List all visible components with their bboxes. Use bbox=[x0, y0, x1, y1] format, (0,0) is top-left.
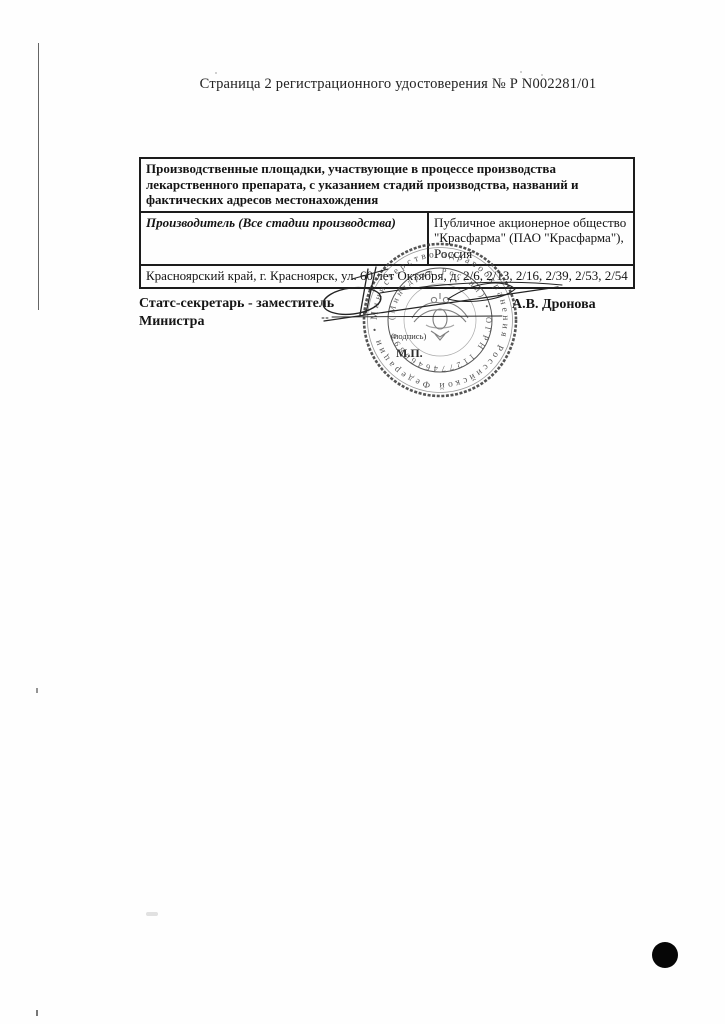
scan-speck bbox=[215, 72, 217, 74]
scan-speck bbox=[520, 71, 522, 73]
page-title: Страница 2 регистрационного удостоверени… bbox=[139, 76, 635, 93]
scan-smudge bbox=[146, 912, 158, 916]
table-header-cell: Производственные площадки, участвующие в… bbox=[140, 158, 634, 212]
scan-artifact-mark bbox=[36, 688, 38, 693]
scanned-document-page: Страница 2 регистрационного удостоверени… bbox=[0, 0, 725, 1024]
scan-artifact-vertical-line bbox=[38, 43, 39, 310]
table-row: Производственные площадки, участвующие в… bbox=[140, 158, 634, 212]
punch-hole-mark bbox=[652, 942, 678, 968]
scan-artifact-mark bbox=[36, 1010, 38, 1016]
handwritten-signature bbox=[300, 255, 630, 345]
